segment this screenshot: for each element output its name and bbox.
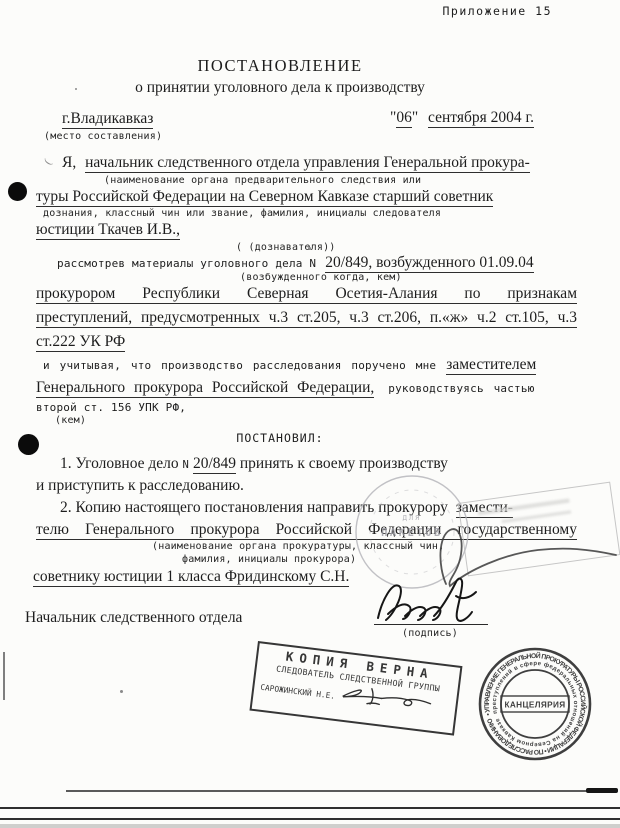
scan-bottom-band — [0, 824, 620, 828]
item1-number-label: N — [183, 459, 190, 471]
chancellery-center-text: КАНЦЕЛЯРИЯ — [504, 701, 565, 710]
p1-fill1: начальник следственного отдела управлени… — [85, 154, 530, 173]
item2-caption2: фамилия, инициалы прокурора) — [182, 554, 356, 565]
signature — [372, 574, 492, 626]
p1-caption3: ( (дознавателя)) — [236, 242, 336, 253]
p2-fill1: 20/849, возбужденного 01.09.04 — [325, 254, 533, 273]
signature-caption: (подпись) — [402, 628, 458, 639]
p3-fill2: Генерального прокурора Российской Федера… — [36, 379, 374, 398]
hole-punch-dot — [18, 434, 39, 455]
place-line: г.Владикавказ — [62, 110, 153, 127]
item1-post: принять к своему производству — [240, 455, 448, 472]
hole-punch-dot — [8, 182, 27, 201]
resolved-heading: ПОСТАНОВИЛ: — [0, 432, 560, 445]
scan-artifact-line — [0, 818, 620, 820]
p2-fill4: ст.222 УК РФ — [36, 333, 125, 352]
p2-fill2: прокурором Республики Северная Осетия-Ал… — [36, 285, 577, 304]
p2-caption1: (возбужденного когда, кем) — [240, 272, 402, 283]
p2-line1: рассмотрев материалы уголовного дела N 2… — [57, 254, 534, 272]
scan-speck — [120, 690, 123, 693]
p3-fill1: заместителем — [446, 356, 536, 375]
scan-speck — [308, 247, 311, 250]
pakets-stamp-line1: ДЛЯ — [403, 514, 422, 522]
scan-artifact-line — [66, 790, 614, 792]
date-rest: сентября 2004 г. — [428, 109, 534, 128]
place-value: г.Владикавказ — [62, 110, 153, 129]
p3-line2: Генерального прокурора Российской Федера… — [36, 379, 535, 397]
chancellery-round-stamp: • УПРАВЛЕНИЕ ГЕНЕРАЛЬНОЙ ПРОКУРАТУРЫ РОС… — [477, 646, 593, 762]
doc-subtitle: о принятии уголовного дела к производств… — [0, 79, 560, 96]
date-quote-close: " — [412, 109, 418, 126]
scanned-document-page: Приложение 15 ПОСТАНОВЛЕНИЕ о принятии у… — [0, 0, 620, 828]
copy-certified-stamp: КОПИЯ ВЕРНА СЛЕДОВАТЕЛЬ СЛЕДСТВЕННОЙ ГРУ… — [249, 641, 462, 736]
p1-lead: Я, — [62, 154, 76, 171]
scan-artifact-line — [0, 807, 620, 809]
date-line: "06" сентября 2004 г. — [390, 109, 534, 126]
p1-caption2: дознания, классный чин или звание, фамил… — [43, 208, 441, 219]
p1-caption1: (наименование органа предварительного сл… — [104, 175, 421, 186]
scan-artifact-blob — [586, 788, 618, 793]
item1-pre: 1. Уголовное дело — [60, 455, 179, 472]
item1-line2: и приступить к расследованию. — [36, 477, 244, 494]
copy-stamp-line3: САРОЖИНСКИЙ Н.Е. — [260, 682, 336, 700]
appendix-note: Приложение 15 — [0, 5, 552, 18]
scan-speck — [75, 88, 77, 90]
item1-number: 20/849 — [193, 455, 236, 474]
p2-fill3: преступлений, предусмотренных ч.3 ст.205… — [36, 309, 577, 328]
signature-line — [374, 624, 488, 625]
p3-tail2: второй ст. 156 УПК РФ, — [36, 401, 186, 414]
item1-line1: 1. Уголовное дело N 20/849 принять к сво… — [60, 455, 448, 472]
doc-title: ПОСТАНОВЛЕНИЕ — [0, 57, 560, 74]
scan-edge-line — [3, 652, 5, 700]
p3-lead: и учитывая, что производство расследован… — [43, 359, 436, 372]
p2-lead: рассмотрев материалы уголовного дела N — [57, 257, 316, 270]
p3-tail1: руководствуясь частью — [388, 382, 534, 395]
p1-fill3: юстиции Ткачев И.В., — [36, 221, 180, 240]
signoff-role: Начальник следственного отдела — [25, 609, 242, 626]
p3-caption: (кем) — [55, 415, 86, 426]
scan-speck — [160, 489, 162, 491]
date-day: 06 — [396, 109, 412, 128]
p3-line1: и учитывая, что производство расследован… — [43, 356, 536, 374]
p1-fill2: туры Российской Федерации на Северном Ка… — [36, 188, 493, 207]
p1-line1: Я, начальник следственного отдела управл… — [62, 154, 530, 171]
scan-noise-mark: ( — [42, 157, 54, 167]
item2-fill3: советнику юстиции 1 класса Фридинскому С… — [33, 568, 349, 587]
place-caption: (место составления) — [44, 131, 162, 142]
